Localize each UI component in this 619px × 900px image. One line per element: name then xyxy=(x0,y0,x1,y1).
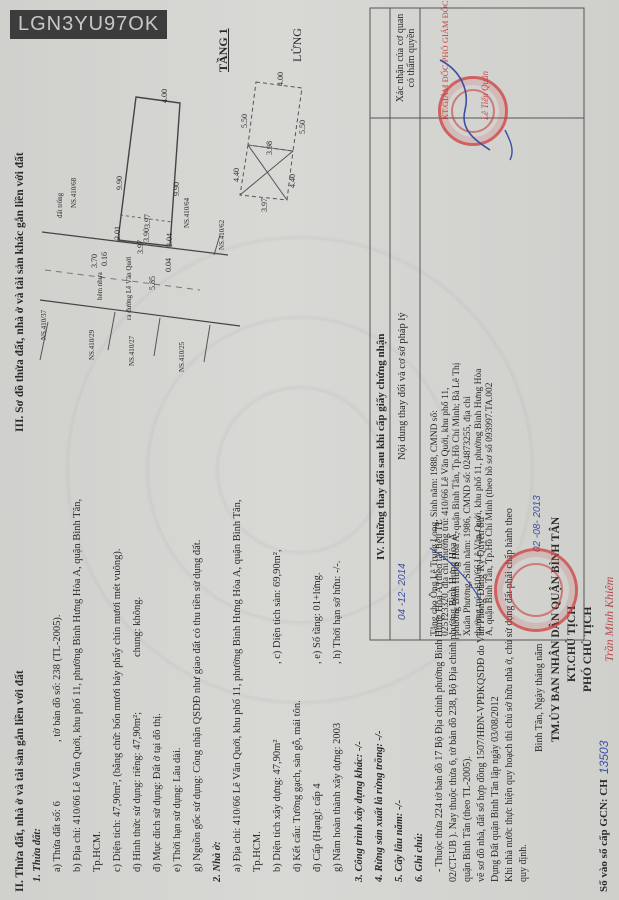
signature-scribble xyxy=(0,0,619,900)
watermark-label: LGN3YU97OK xyxy=(10,10,167,39)
certificate-page: II. Thửa đất, nhà ở và tài sản gắn liền … xyxy=(0,0,619,900)
